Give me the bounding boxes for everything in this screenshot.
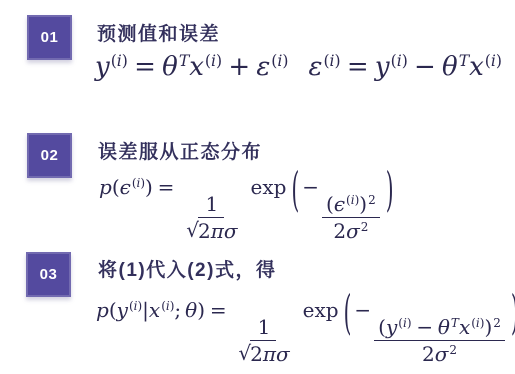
slide: 01 预测值和误差 y(i)=θTx(i)+ε(i)ε(i)=y(i)−θTx(…	[0, 0, 515, 374]
section-number-badge: 03	[26, 252, 71, 297]
section-heading: 预测值和误差	[97, 19, 220, 46]
math-formula: p(ϵ(i))=1√2πσexp(−(ϵ(i))22σ2)	[99, 174, 397, 243]
section-heading: 误差服从正态分布	[98, 137, 262, 164]
section-number-badge: 01	[27, 15, 72, 60]
math-formula: y(i)=θTx(i)+ε(i)ε(i)=y(i)−θTx(i)	[95, 51, 502, 85]
section-number-badge: 02	[27, 133, 72, 178]
math-formula: p(y(i)|x(i);θ)=1√2πσexp(−(y(i)−θTx(i))22…	[96, 297, 515, 366]
section-heading: 将(1)代入(2)式，得	[98, 255, 276, 282]
